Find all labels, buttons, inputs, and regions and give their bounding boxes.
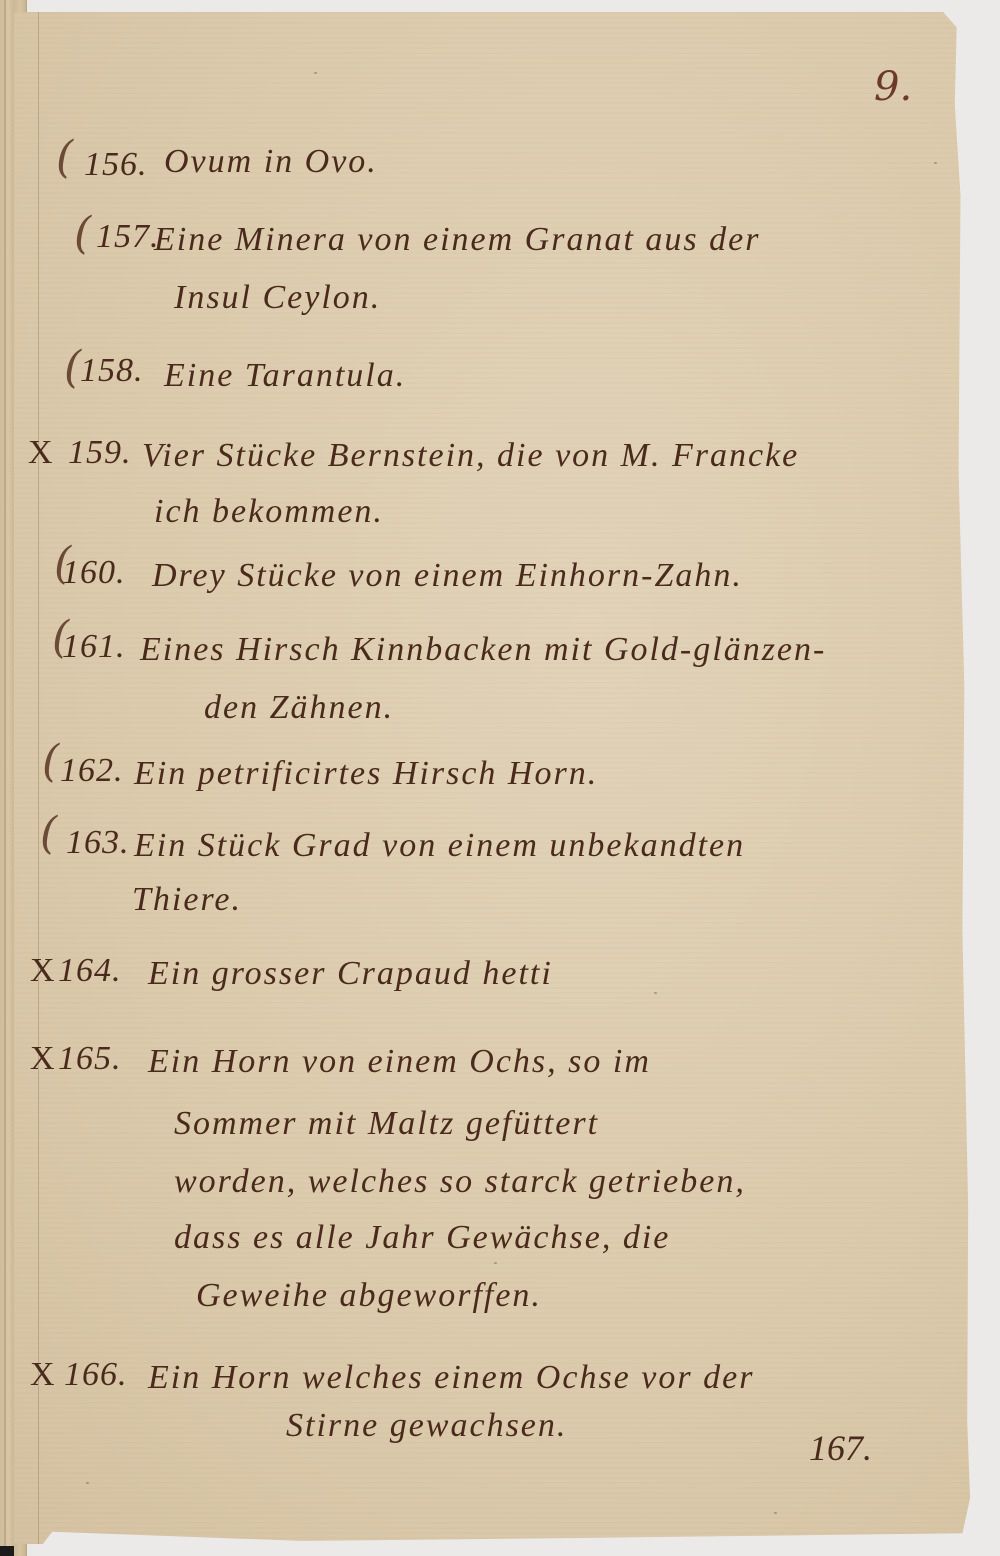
bracket-mark-icon: (: [40, 808, 57, 859]
entry-number: 159.: [68, 434, 132, 472]
paper-speck: [86, 1482, 89, 1484]
entry-number: 166.: [64, 1356, 128, 1394]
x-mark-icon: X: [28, 434, 53, 472]
x-mark-icon: X: [30, 952, 55, 990]
entry-number: 162.: [60, 752, 124, 790]
entry-number: 157.: [96, 218, 160, 256]
entry-number: 161.: [62, 628, 126, 666]
binding-corner: [0, 1546, 14, 1556]
bracket-mark-icon: (: [74, 208, 91, 259]
paper-speck: [774, 1512, 777, 1514]
entry-text-line: Vier Stücke Bernstein, die von M. Franck…: [142, 426, 799, 486]
bracket-mark-icon: (: [56, 132, 73, 183]
entry-text-line: Ein petrificirtes Hirsch Horn.: [134, 744, 598, 804]
gutter-line: [38, 12, 39, 1544]
paper-speck: [314, 72, 317, 74]
entry-text-line: Ein grosser Crapaud hetti: [148, 944, 553, 1004]
entry-text-line: Sommer mit Maltz gefüttert: [174, 1094, 599, 1154]
entry-text-line: Ein Horn von einem Ochs, so im: [148, 1032, 651, 1092]
entry-text-line: Eine Tarantula.: [164, 346, 406, 406]
entry-text-line: Geweihe abgeworffen.: [196, 1266, 542, 1326]
entry-text-line: dass es alle Jahr Gewächse, die: [174, 1208, 670, 1268]
entry-text-line: Drey Stücke von einem Einhorn-Zahn.: [152, 546, 743, 606]
bracket-mark-icon: (: [64, 342, 81, 393]
entry-text-line: Eines Hirsch Kinnbacken mit Gold-glänzen…: [140, 620, 826, 680]
entry-number: 164.: [58, 952, 122, 990]
paper-speck: [654, 992, 657, 994]
entry-text-line: den Zähnen.: [204, 678, 394, 738]
entry-number: 160.: [62, 554, 126, 592]
x-mark-icon: X: [30, 1356, 55, 1394]
entry-number: 156.: [84, 146, 148, 184]
paper-speck: [494, 1262, 497, 1264]
entry-text-line: Thiere.: [132, 870, 242, 930]
entry-text-line: Insul Ceylon.: [174, 268, 381, 328]
entry-text-line: Ein Stück Grad von einem unbekandten: [134, 816, 745, 876]
x-mark-icon: X: [30, 1040, 55, 1078]
manuscript-page: 9. ( 156. Ovum in Ovo. ( 157. Eine Miner…: [14, 12, 972, 1544]
catchword: 167.: [809, 1427, 872, 1469]
binding-thread: [4, 0, 6, 1556]
entry-number: 165.: [58, 1040, 122, 1078]
entry-text-line: ich bekommen.: [154, 482, 384, 542]
page-number: 9.: [874, 64, 912, 110]
entry-text-line: Ovum in Ovo.: [164, 132, 378, 192]
entry-text-line: Eine Minera von einem Granat aus der: [154, 210, 760, 270]
paper-speck: [934, 162, 937, 164]
entry-number: 158.: [80, 352, 144, 390]
entry-text-line: Stirne gewachsen.: [286, 1396, 567, 1456]
entry-number: 163.: [66, 824, 130, 862]
bracket-mark-icon: (: [42, 736, 59, 787]
entry-text-line: worden, welches so starck getrieben,: [174, 1152, 746, 1212]
